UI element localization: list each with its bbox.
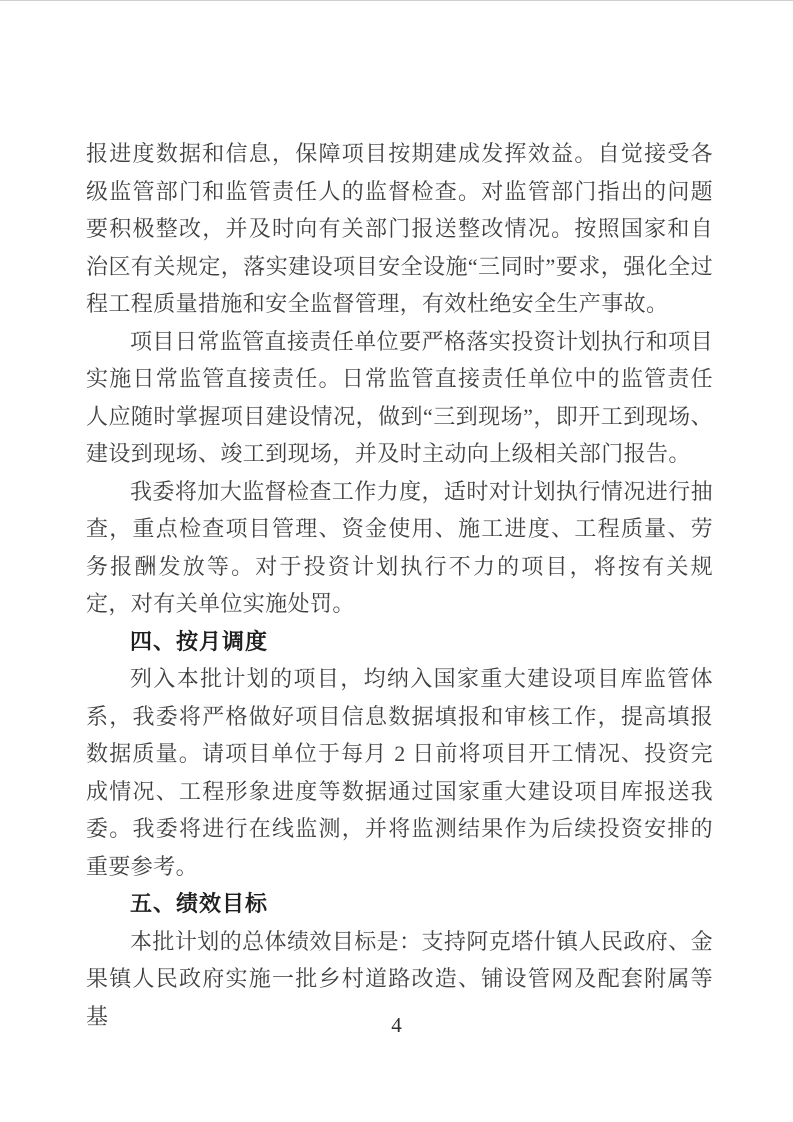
paragraph-continued-from-previous-page: 报进度数据和信息，保障项目按期建成发挥效益。自觉接受各级监管部门和监管责任人的监… [86,135,713,323]
paragraph-inspection: 我委将加大监督检查工作力度，适时对计划执行情况进行抽查，重点检查项目管理、资金使… [86,473,713,623]
page-footer: 4 [0,1013,793,1038]
document-body: 报进度数据和信息，保障项目按期建成发挥效益。自觉接受各级监管部门和监管责任人的监… [86,135,713,1035]
section-heading-performance-goals: 五、绩效目标 [86,885,713,923]
paragraph-monthly-reporting: 列入本批计划的项目，均纳入国家重大建设项目库监管体系，我委将严格做好项目信息数据… [86,660,713,885]
page-number: 4 [391,1013,402,1037]
paragraph-daily-supervision: 项目日常监管直接责任单位要严格落实投资计划执行和项目实施日常监管直接责任。日常监… [86,323,713,473]
section-heading-monthly-dispatch: 四、按月调度 [86,623,713,661]
document-page: 报进度数据和信息，保障项目按期建成发挥效益。自觉接受各级监管部门和监管责任人的监… [0,0,793,1122]
